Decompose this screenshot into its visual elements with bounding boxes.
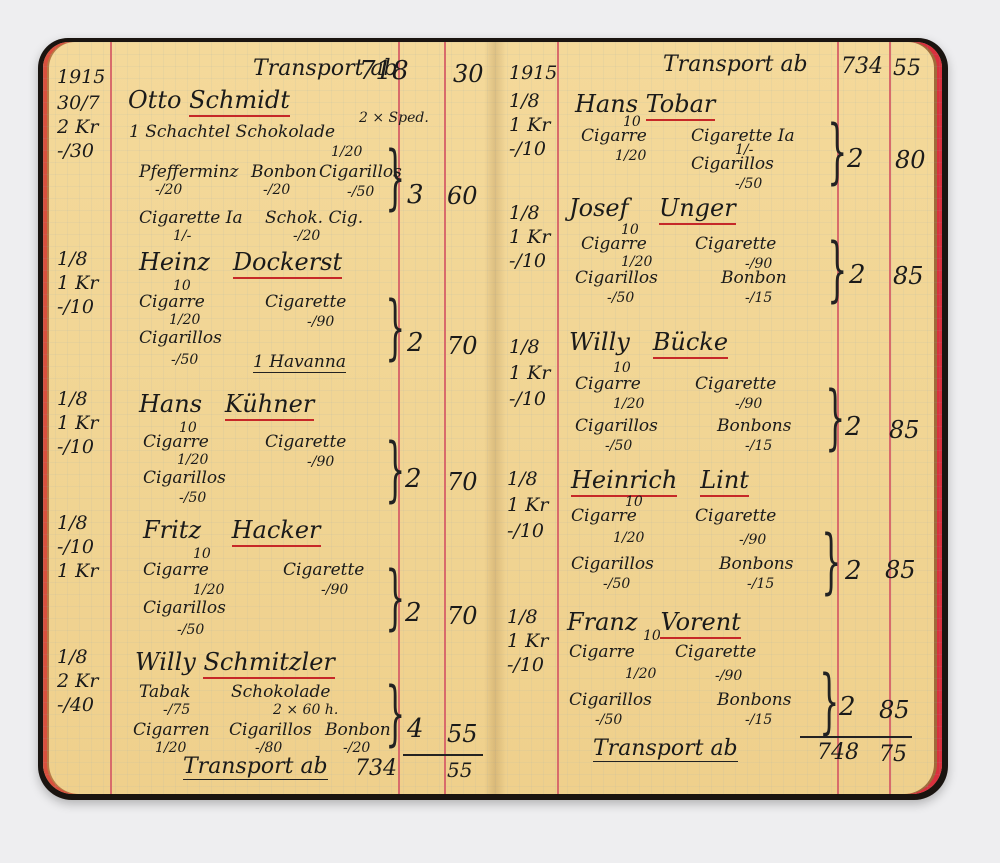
line-item: Cigarillos [143, 598, 226, 618]
year: 1915 [509, 62, 557, 84]
entry-deposit: 1 Kr [509, 362, 550, 384]
carry-over-label: Transport ab [593, 736, 738, 762]
line-price: 1/20 [155, 740, 186, 756]
total-heller: 70 [447, 468, 478, 496]
carry-forward-kronen: 734 [841, 54, 883, 79]
customer-name: Heinrich Lint [571, 466, 749, 494]
first-name: Franz [567, 608, 638, 636]
line-item: Cigarette [265, 292, 346, 312]
heller-column-rule [444, 42, 446, 794]
line-item: Cigarette Ia [139, 208, 243, 228]
line-item: 1 Schachtel Schokolade [129, 122, 335, 142]
entry-deposit: 1 Kr [57, 272, 98, 294]
carry-forward-heller: 30 [453, 60, 484, 88]
line-price: -/50 [177, 622, 204, 638]
entry-date: 1/8 [57, 248, 88, 270]
line-item: Cigarette [675, 642, 756, 662]
brace: } [827, 116, 847, 186]
entry-deposit: 1 Kr [509, 114, 550, 136]
line-item: Cigarren [133, 720, 210, 740]
surname: Schmidt [189, 86, 290, 117]
line-item: Cigarette [695, 506, 776, 526]
line-price: -/90 [735, 396, 762, 412]
entry-fee: -/10 [507, 520, 544, 542]
brace: } [827, 234, 847, 304]
surname: Lint [700, 466, 749, 497]
total-kronen: 2 [845, 412, 862, 442]
brace: } [825, 382, 845, 452]
line-price: 1/20 [613, 530, 644, 546]
line-item: Schok. Cig. [265, 208, 363, 228]
line-price: -/15 [745, 712, 772, 728]
total-kronen: 2 [847, 144, 864, 174]
entry-fee: -/10 [507, 654, 544, 676]
sum-rule [800, 736, 912, 738]
entry-fee: -/10 [509, 250, 546, 272]
line-price: -/15 [745, 438, 772, 454]
line-item: Pfefferminz [139, 162, 239, 182]
carry-forward-label: Transport ab [663, 52, 808, 77]
year: 1915 [57, 66, 105, 88]
line-price: 1/- [173, 228, 191, 244]
entry-date: 1/8 [507, 468, 538, 490]
brace: } [385, 562, 405, 632]
line-note: 2 × Sped. [359, 110, 429, 126]
first-name: Hans [139, 390, 202, 418]
line-price: 1/20 [331, 144, 362, 160]
first-name: Fritz [143, 516, 201, 544]
line-item: Cigarette [265, 432, 346, 452]
total-kronen: 2 [839, 692, 856, 722]
entry-fee: -/10 [509, 138, 546, 160]
entry-deposit: 1 Kr [509, 226, 550, 248]
line-item: Cigarre [143, 560, 209, 580]
customer-name: Otto Schmidt [128, 86, 290, 114]
total-heller: 85 [879, 696, 910, 724]
line-item: Bonbons [717, 690, 791, 710]
line-price: -/50 [735, 176, 762, 192]
line-item: Cigarillos [575, 416, 658, 436]
line-price: 1/20 [615, 148, 646, 164]
first-name: Otto [128, 86, 181, 114]
entry-fee: -/40 [57, 694, 94, 716]
brace: } [819, 666, 839, 736]
total-heller: 85 [893, 262, 924, 290]
brace: } [821, 526, 841, 596]
surname: Bücke [653, 328, 728, 359]
entry-deposit: 2 Kr [57, 116, 98, 138]
total-heller: 60 [447, 182, 478, 210]
line-item: Cigarette [695, 234, 776, 254]
total-heller: 55 [447, 720, 478, 748]
line-item: Tabak [139, 682, 190, 702]
line-price: 1/20 [193, 582, 224, 598]
line-price: 1/20 [613, 396, 644, 412]
line-qty: 10 [643, 628, 661, 644]
line-item: Cigarre [581, 126, 647, 146]
line-item: Bonbons [719, 554, 793, 574]
line-item: Bonbons [717, 416, 791, 436]
entry-date: 1/8 [509, 90, 540, 112]
surname: Hacker [232, 516, 321, 547]
line-item: Bonbon [325, 720, 391, 740]
line-item: Cigarre [569, 642, 635, 662]
line-item: Cigarette [283, 560, 364, 580]
total-heller: 85 [885, 556, 916, 584]
line-price: -/20 [343, 740, 370, 756]
line-item: Cigarillos [229, 720, 312, 740]
line-price: -/50 [603, 576, 630, 592]
first-name: Heinrich [571, 466, 677, 497]
entry-date: 1/8 [509, 336, 540, 358]
line-item: Cigarillos [569, 690, 652, 710]
surname: Tobar [646, 90, 716, 121]
line-item: 1 Havanna [253, 352, 346, 373]
total-heller: 85 [889, 416, 920, 444]
brace: } [385, 292, 405, 362]
entry-fee: -/10 [509, 388, 546, 410]
entry-deposit: 1 Kr [507, 630, 548, 652]
entry-fee: -/30 [57, 140, 94, 162]
total-heller: 80 [895, 146, 926, 174]
line-price: 1/20 [625, 666, 656, 682]
customer-name: Willy Schmitzler [135, 648, 335, 676]
entry-fee: -/10 [57, 536, 94, 558]
line-item: Cigarillos [143, 468, 226, 488]
date-margin-rule [110, 42, 112, 794]
total-kronen: 3 [407, 180, 424, 210]
customer-name: Willy Bücke [569, 328, 728, 356]
surname: Dockerst [233, 248, 342, 279]
line-item: Cigarillos [691, 154, 774, 174]
line-item: Cigarillos [571, 554, 654, 574]
customer-name: Heinz Dockerst [139, 248, 342, 276]
left-page: 1915 Transport ab 718 30 30/7 2 Kr -/30 … [43, 42, 495, 794]
total-heller: 70 [447, 602, 478, 630]
brace: } [385, 142, 405, 212]
line-price: -/90 [739, 532, 766, 548]
carry-over-heller: 75 [879, 742, 907, 767]
line-item: Bonbon [251, 162, 317, 182]
line-price: -/50 [179, 490, 206, 506]
line-price: -/20 [155, 182, 182, 198]
line-price: -/50 [605, 438, 632, 454]
surname: Kühner [225, 390, 314, 421]
surname: Schmitzler [203, 648, 334, 679]
line-price: -/90 [321, 582, 348, 598]
entry-date: 1/8 [57, 646, 88, 668]
brace: } [385, 434, 405, 504]
carry-forward-heller: 55 [893, 56, 921, 81]
line-price: -/50 [171, 352, 198, 368]
line-item: Cigarre [571, 506, 637, 526]
total-kronen: 2 [845, 556, 862, 586]
line-price: -/90 [307, 314, 334, 330]
carry-over-label: Transport ab [183, 754, 328, 780]
line-price: -/75 [163, 702, 190, 718]
customer-name: Fritz Hacker [143, 516, 321, 544]
entry-fee: -/10 [57, 296, 94, 318]
right-page: 1915 Transport ab 734 55 1/8 1 Kr -/10 H… [495, 42, 942, 794]
carry-over-heller: 55 [447, 758, 472, 782]
total-kronen: 2 [849, 260, 866, 290]
line-price: -/20 [293, 228, 320, 244]
customer-name: Hans Kühner [139, 390, 314, 418]
first-name: Heinz [139, 248, 210, 276]
entry-deposit: 1 Kr [57, 560, 98, 582]
line-price: 2 × 60 h. [273, 702, 338, 718]
carry-forward-kronen: 718 [359, 56, 409, 86]
first-name: Josef [569, 194, 628, 222]
entry-date: 1/8 [57, 512, 88, 534]
sum-rule [403, 754, 483, 756]
line-price: -/50 [347, 184, 374, 200]
line-item: Cigarillos [139, 328, 222, 348]
line-item: Cigarre [581, 234, 647, 254]
line-price: -/20 [263, 182, 290, 198]
line-item: Schokolade [231, 682, 330, 702]
date-margin-rule [557, 42, 559, 794]
brace: } [385, 678, 405, 748]
surname: Unger [659, 194, 736, 225]
entry-fee: -/10 [57, 436, 94, 458]
total-kronen: 2 [405, 464, 422, 494]
surname: Vorent [660, 608, 740, 639]
entry-deposit: 1 Kr [57, 412, 98, 434]
entry-date: 1/8 [57, 388, 88, 410]
line-item: Cigarre [575, 374, 641, 394]
line-price: -/90 [715, 668, 742, 684]
total-kronen: 4 [407, 714, 424, 744]
entry-deposit: 2 Kr [57, 670, 98, 692]
line-price: -/50 [595, 712, 622, 728]
line-item: Cigarillos [575, 268, 658, 288]
line-price: -/90 [307, 454, 334, 470]
line-price: -/15 [745, 290, 772, 306]
customer-name: Josef Unger [569, 194, 736, 222]
line-item: Bonbon [721, 268, 787, 288]
total-kronen: 2 [405, 598, 422, 628]
line-price: -/15 [747, 576, 774, 592]
entry-date: 1/8 [509, 202, 540, 224]
entry-date: 30/7 [57, 92, 100, 114]
first-name: Willy [135, 648, 196, 676]
carry-over-kronen: 748 [817, 740, 859, 765]
carry-over-kronen: 734 [355, 756, 397, 781]
line-price: 1/20 [177, 452, 208, 468]
line-item: Cigarre [139, 292, 205, 312]
total-heller: 70 [447, 332, 478, 360]
entry-deposit: 1 Kr [507, 494, 548, 516]
customer-name: Hans Tobar [575, 90, 715, 118]
entry-date: 1/8 [507, 606, 538, 628]
first-name: Willy [569, 328, 630, 356]
line-price: 1/20 [169, 312, 200, 328]
line-price: -/50 [607, 290, 634, 306]
line-item: Cigarre [143, 432, 209, 452]
total-kronen: 2 [407, 328, 424, 358]
line-item: Cigarette [695, 374, 776, 394]
